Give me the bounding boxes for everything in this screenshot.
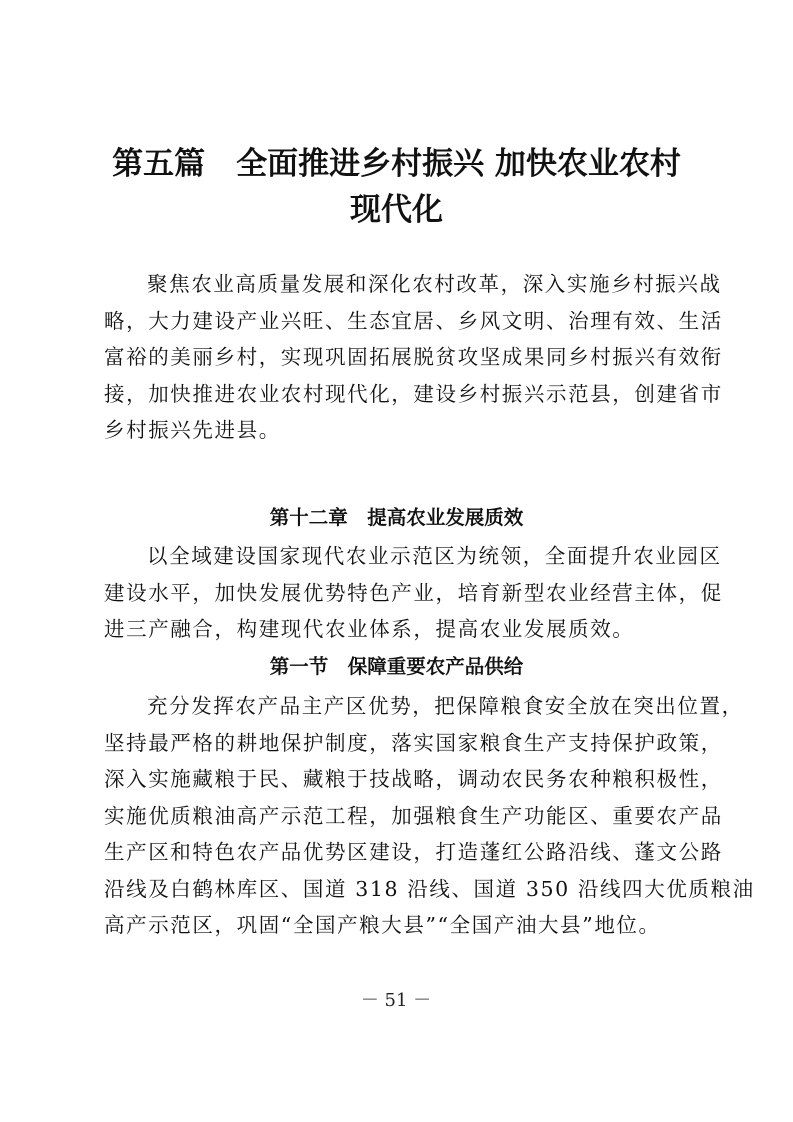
section-paragraph: 充分发挥农产品主产区优势，把保障粮食安全放在突出位置， 坚持最严格的耕地保护制度…: [104, 688, 696, 944]
paragraph-line: 沿线及白鹤林库区、国道 318 沿线、国道 350 沿线四大优质粮油: [104, 871, 696, 908]
paragraph-line: 实施优质粮油高产示范工程，加强粮食生产功能区、重要农产品: [104, 798, 696, 835]
paragraph-line: 高产示范区，巩固“全国产粮大县”“全国产油大县”地位。: [104, 907, 696, 944]
intro-paragraph: 聚焦农业高质量发展和深化农村改革，深入实施乡村振兴战 略，大力建设产业兴旺、生态…: [104, 266, 696, 449]
page-number: － 51 －: [346, 990, 446, 1012]
paragraph-line: 深入实施藏粮于民、藏粮于技战略，调动农民务农种粮积极性，: [104, 761, 696, 798]
paragraph-line: 以全域建设国家现代农业示范区为统领，全面提升农业园区: [104, 538, 696, 575]
paragraph-line: 生产区和特色农产品优势区建设，打造蓬红公路沿线、蓬文公路: [104, 834, 696, 871]
paragraph-line: 接，加快推进农业农村现代化，建设乡村振兴示范县，创建省市: [104, 376, 696, 413]
chapter-paragraph: 以全域建设国家现代农业示范区为统领，全面提升农业园区 建设水平，加快发展优势特色…: [104, 538, 696, 648]
paragraph-line: 坚持最严格的耕地保护制度，落实国家粮食生产支持保护政策，: [104, 725, 696, 762]
paragraph-line: 进三产融合，构建现代农业体系，提高农业发展质效。: [104, 611, 696, 648]
paragraph-line: 略，大力建设产业兴旺、生态宜居、乡风文明、治理有效、生活: [104, 303, 696, 340]
paragraph-line: 建设水平，加快发展优势特色产业，培育新型农业经营主体，促: [104, 575, 696, 612]
paragraph-line: 富裕的美丽乡村，实现巩固拓展脱贫攻坚成果同乡村振兴有效衔: [104, 339, 696, 376]
part-title-line-1: 第五篇 全面推进乡村振兴 加快农业农村: [100, 141, 693, 187]
part-title-line-2: 现代化: [100, 187, 693, 233]
paragraph-line: 充分发挥农产品主产区优势，把保障粮食安全放在突出位置，: [104, 688, 696, 725]
paragraph-line: 乡村振兴先进县。: [104, 412, 696, 449]
section-heading: 第一节 保障重要农产品供给: [100, 652, 693, 682]
chapter-heading: 第十二章 提高农业发展质效: [100, 503, 693, 533]
paragraph-line: 聚焦农业高质量发展和深化农村改革，深入实施乡村振兴战: [104, 266, 696, 303]
